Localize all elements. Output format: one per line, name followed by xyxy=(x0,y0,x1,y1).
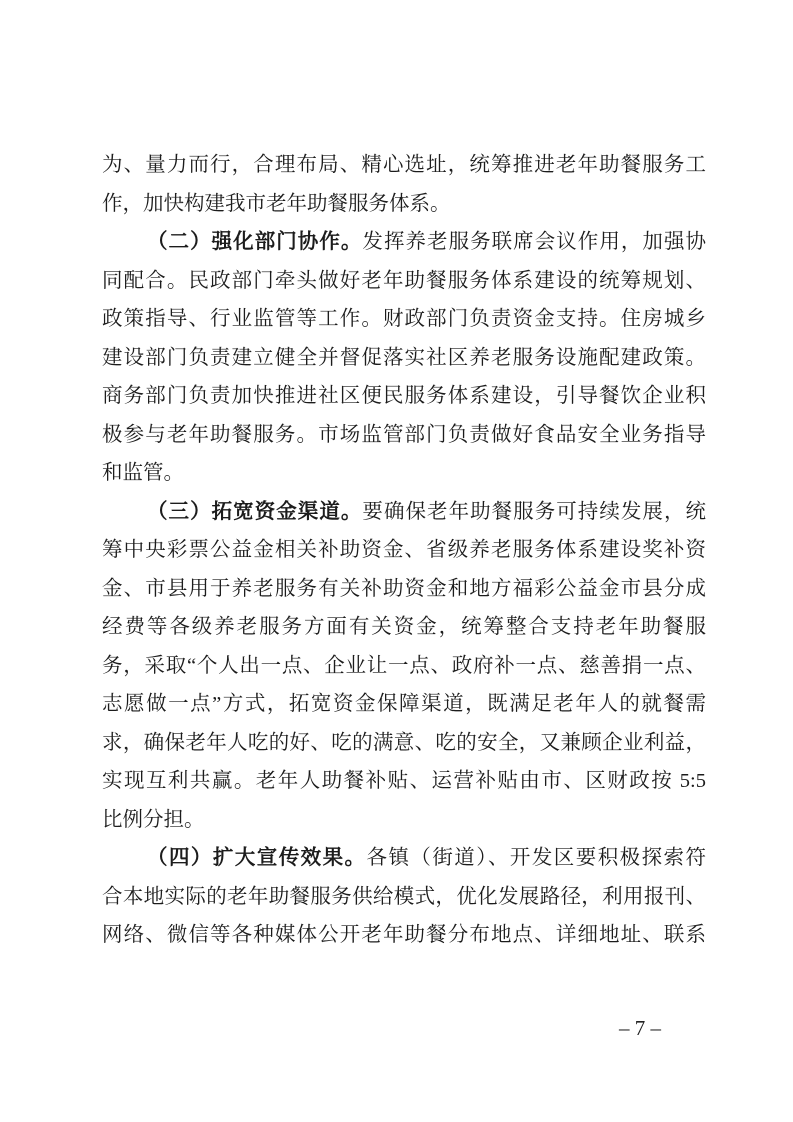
text-line: 和监管。 xyxy=(102,454,706,493)
text-line: 务，采取“个人出一点、企业让一点、政府补一点、慈善捐一点、 xyxy=(102,647,706,686)
paragraph-2: （二）强化部门协作。发挥养老服务联席会议作用，加强协同配合。民政部门牵头做好老年… xyxy=(102,223,706,493)
text-line: 极参与老年助餐服务。市场监管部门负责做好食品安全业务指导 xyxy=(102,416,706,455)
text-line: 政策指导、行业监管等工作。财政部门负责资金支持。住房城乡 xyxy=(102,300,706,339)
paragraph-lead-bold: （三）拓宽资金渠道。 xyxy=(147,501,362,523)
text-line: 作，加快构建我市老年助餐服务体系。 xyxy=(102,185,706,224)
text-line: （四）扩大宣传效果。各镇（街道）、开发区要积极探索符 xyxy=(102,839,706,878)
paragraph-3: （三）拓宽资金渠道。要确保老年助餐服务可持续发展，统筹中央彩票公益金相关补助资金… xyxy=(102,493,706,840)
text-line: 实现互利共赢。老年人助餐补贴、运营补贴由市、区财政按 5:5 xyxy=(102,762,706,801)
page-number: – 7 – xyxy=(575,1013,705,1043)
paragraph-lead-bold: （二）强化部门协作。 xyxy=(147,231,362,253)
document-page: 为、量力而行，合理布局、精心选址，统筹推进老年助餐服务工作，加快构建我市老年助餐… xyxy=(0,0,793,1122)
paragraph-1: 为、量力而行，合理布局、精心选址，统筹推进老年助餐服务工作，加快构建我市老年助餐… xyxy=(102,146,706,223)
paragraph-lead-bold: （四）扩大宣传效果。 xyxy=(147,847,367,869)
text-line: 网络、微信等各种媒体公开老年助餐分布地点、详细地址、联系 xyxy=(102,916,706,955)
text-line: 筹中央彩票公益金相关补助资金、省级养老服务体系建设奖补资 xyxy=(102,531,706,570)
text-line: 商务部门负责加快推进社区便民服务体系建设，引导餐饮企业积 xyxy=(102,377,706,416)
text-line: 建设部门负责建立健全并督促落实社区养老服务设施配建政策。 xyxy=(102,339,706,378)
text-line: 经费等各级养老服务方面有关资金，统筹整合支持老年助餐服 xyxy=(102,608,706,647)
document-body: 为、量力而行，合理布局、精心选址，统筹推进老年助餐服务工作，加快构建我市老年助餐… xyxy=(102,146,706,955)
text-line: 求，确保老年人吃的好、吃的满意、吃的安全，又兼顾企业利益， xyxy=(102,724,706,763)
paragraph-4: （四）扩大宣传效果。各镇（街道）、开发区要积极探索符合本地实际的老年助餐服务供给… xyxy=(102,839,706,955)
text-line: （三）拓宽资金渠道。要确保老年助餐服务可持续发展，统 xyxy=(102,493,706,532)
text-line: 志愿做一点”方式，拓宽资金保障渠道，既满足老年人的就餐需 xyxy=(102,685,706,724)
text-line: 同配合。民政部门牵头做好老年助餐服务体系建设的统筹规划、 xyxy=(102,262,706,301)
text-line: 合本地实际的老年助餐服务供给模式，优化发展路径，利用报刊、 xyxy=(102,878,706,917)
text-line: 比例分担。 xyxy=(102,801,706,840)
text-line: （二）强化部门协作。发挥养老服务联席会议作用，加强协 xyxy=(102,223,706,262)
text-line: 为、量力而行，合理布局、精心选址，统筹推进老年助餐服务工 xyxy=(102,146,706,185)
text-line: 金、市县用于养老服务有关补助资金和地方福彩公益金市县分成 xyxy=(102,570,706,609)
